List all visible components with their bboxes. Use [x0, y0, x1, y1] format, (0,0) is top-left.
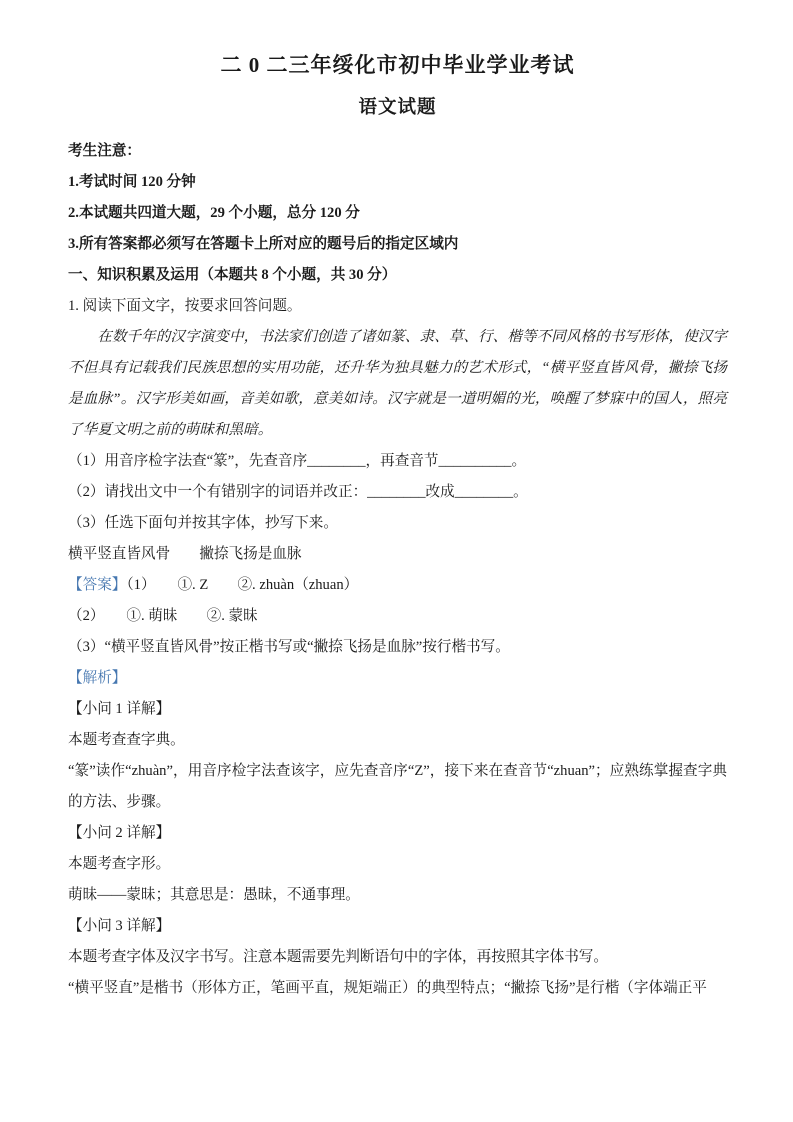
sub-question-2: （2）请找出文中一个有错别字的词语并改正：________改成________。 [68, 477, 727, 508]
notice-heading: 考生注意： [68, 136, 727, 167]
section-heading: 一、知识积累及运用（本题共 8 个小题，共 30 分） [68, 260, 727, 291]
subquestion-2-analysis-para-1: 本题考查字形。 [68, 849, 727, 880]
subquestion-1-analysis-para-1: 本题考查查字典。 [68, 725, 727, 756]
subquestion-1-analysis-heading: 【小问 1 详解】 [68, 694, 727, 725]
question-1-intro: 1. 阅读下面文字，按要求回答问题。 [68, 291, 727, 322]
exam-document-page: 二 0 二三年绥化市初中毕业学业考试 语文试题 考生注意： 1.考试时间 120… [0, 0, 793, 1122]
notice-item-1: 1.考试时间 120 分钟 [68, 167, 727, 198]
notice-item-3: 3.所有答案都必须写在答题卡上所对应的题号后的指定区域内 [68, 229, 727, 260]
answer-line-1: 【答案】（1） ①. Z ②. zhuàn（zhuan） [68, 570, 727, 601]
subquestion-3-analysis-para-1: 本题考查字体及汉字书写。注意本题需要先判断语句中的字体，再按照其字体书写。 [68, 942, 727, 973]
subquestion-1-analysis-para-2: “篆”读作“zhuàn”，用音序检字法查该字，应先查音序“Z”，接下来在查音节“… [68, 756, 727, 818]
answer-line-1-text: （1） ①. Z ②. zhuàn（zhuan） [126, 577, 358, 593]
copy-practice-line: 横平竖直皆风骨 撇捺飞扬是血脉 [68, 539, 727, 570]
subquestion-2-analysis-heading: 【小问 2 详解】 [68, 818, 727, 849]
sub-question-3: （3）任选下面句并按其字体，抄写下来。 [68, 508, 727, 539]
answer-label: 【答案】 [68, 577, 126, 593]
reading-passage: 在数千年的汉字演变中，书法家们创造了诸如篆、隶、草、行、楷等不同风格的书写形体，… [68, 322, 727, 446]
notice-item-2: 2.本试题共四道大题，29 个小题，总分 120 分 [68, 198, 727, 229]
subquestion-3-analysis-para-2: “横平竖直”是楷书（形体方正，笔画平直，规矩端正）的典型特点；“撇捺飞扬”是行楷… [68, 973, 727, 1004]
analysis-label: 【解析】 [68, 663, 727, 694]
sub-question-1: （1）用音序检字法查“篆”，先查音序________，再查音节_________… [68, 446, 727, 477]
subquestion-3-analysis-heading: 【小问 3 详解】 [68, 911, 727, 942]
document-title: 二 0 二三年绥化市初中毕业学业考试 [68, 50, 727, 94]
document-subtitle: 语文试题 [68, 94, 727, 136]
answer-line-2: （2） ①. 萌昧 ②. 蒙昧 [68, 601, 727, 632]
copy-practice-text: 横平竖直皆风骨 撇捺飞扬是血脉 [68, 546, 302, 562]
subquestion-2-analysis-para-2: 萌昧——蒙昧；其意思是：愚昧，不通事理。 [68, 880, 727, 911]
answer-line-3: （3）“横平竖直皆风骨”按正楷书写或“撇捺飞扬是血脉”按行楷书写。 [68, 632, 727, 663]
